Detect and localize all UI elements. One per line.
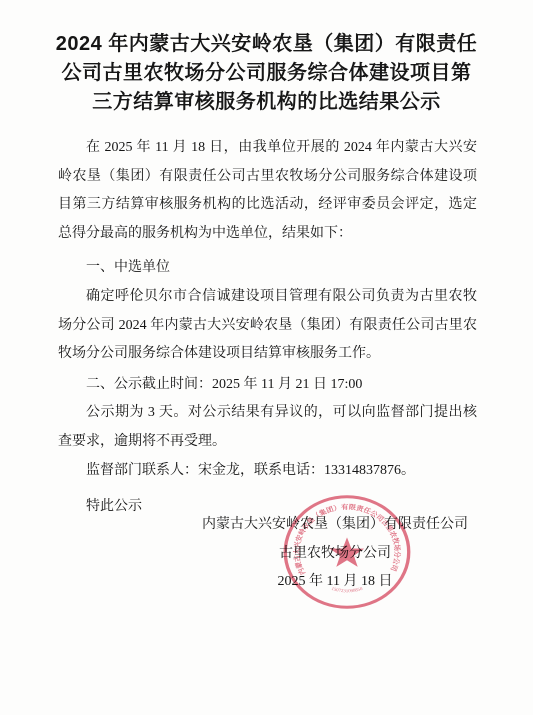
section1-heading: 一、中选单位	[58, 254, 477, 283]
section1-paragraph: 确定呼伦贝尔市合信诚建设项目管理有限公司负责为古里农牧场分公司 2024 年内蒙…	[58, 283, 477, 369]
document-title: 2024 年内蒙古大兴安岭农垦（集团）有限责任 公司古里农牧场分公司服务综合体建…	[30, 30, 503, 117]
document-page: 2024 年内蒙古大兴安岭农垦（集团）有限责任 公司古里农牧场分公司服务综合体建…	[0, 0, 533, 715]
intro-paragraph: 在 2025 年 11 月 18 日，由我单位开展的 2024 年内蒙古大兴安岭…	[58, 134, 477, 248]
signature-block: 内蒙古大兴安岭农垦（集团）有限责任公司 古里农牧场分公司 2025 年 11 月…	[150, 511, 520, 597]
section2-paragraph: 公示期为 3 天。对公示结果有异议的，可以向监督部门提出核查要求，逾期将不再受理…	[58, 399, 477, 456]
title-line-3: 三方结算审核服务机构的比选结果公示	[30, 88, 503, 117]
title-line-2: 公司古里农牧场分公司服务综合体建设项目第	[30, 59, 503, 88]
section2-heading: 二、公示截止时间：2025 年 11 月 21 日 17:00	[58, 371, 477, 400]
document-body: 在 2025 年 11 月 18 日，由我单位开展的 2024 年内蒙古大兴安岭…	[58, 134, 477, 522]
contact-line: 监督部门联系人：宋金龙，联系电话：13314837876。	[58, 457, 477, 486]
title-line-1: 2024 年内蒙古大兴安岭农垦（集团）有限责任	[30, 30, 503, 59]
signature-date: 2025 年 11 月 18 日	[150, 568, 520, 597]
signature-branch: 古里农牧场分公司	[150, 540, 520, 569]
signature-company: 内蒙古大兴安岭农垦（集团）有限责任公司	[150, 511, 520, 540]
